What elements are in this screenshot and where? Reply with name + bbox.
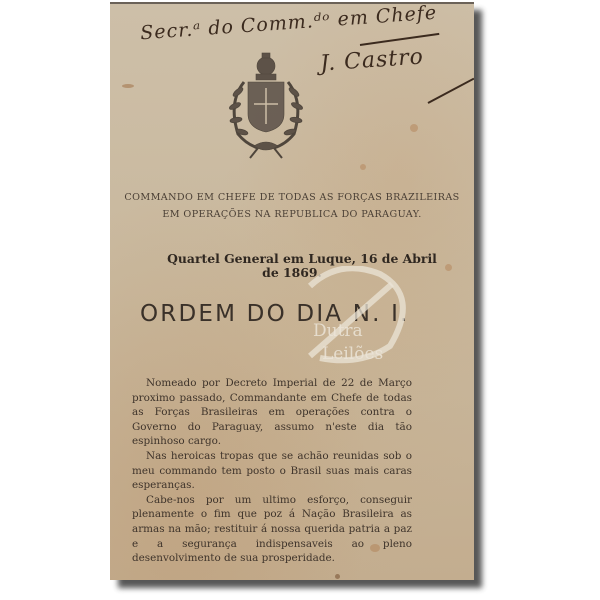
- age-stain: [360, 164, 366, 170]
- handwritten-note: Secr.ᵃ do Comm.ᵈᵒ em Chefe: [140, 2, 438, 44]
- command-heading-line-2: EM OPERAÇÕES NA REPUBLICA DO PARAGUAY.: [110, 209, 474, 220]
- paragraph: Nomeado por Decreto Imperial de 22 de Ma…: [132, 376, 412, 449]
- handwriting-flourish: [428, 78, 474, 104]
- age-stain: [410, 124, 418, 132]
- command-heading-line-1: COMMANDO EM CHEFE DE TODAS AS FORÇAS BRA…: [110, 192, 474, 203]
- coat-of-arms-emblem: [218, 52, 314, 162]
- paragraph: Nas heroicas tropas que se achão reunida…: [132, 449, 412, 493]
- handwriting-underline: [360, 33, 439, 46]
- watermark-text-line-2: Leilões: [322, 344, 383, 364]
- paragraph: Cabe-nos por um ultimo esforço, consegui…: [132, 493, 412, 566]
- handwritten-signature: J. Castro: [319, 44, 424, 76]
- document-page: Secr.ᵃ do Comm.ᵈᵒ em Chefe J. Castro: [110, 2, 474, 580]
- age-stain: [122, 84, 134, 88]
- age-stain: [335, 574, 340, 579]
- place-date-line-1: Quartel General em Luque, 16 de Abril: [110, 251, 474, 266]
- watermark-text-line-1: Dutra: [313, 321, 363, 341]
- order-body: Nomeado por Decreto Imperial de 22 de Ma…: [132, 376, 412, 566]
